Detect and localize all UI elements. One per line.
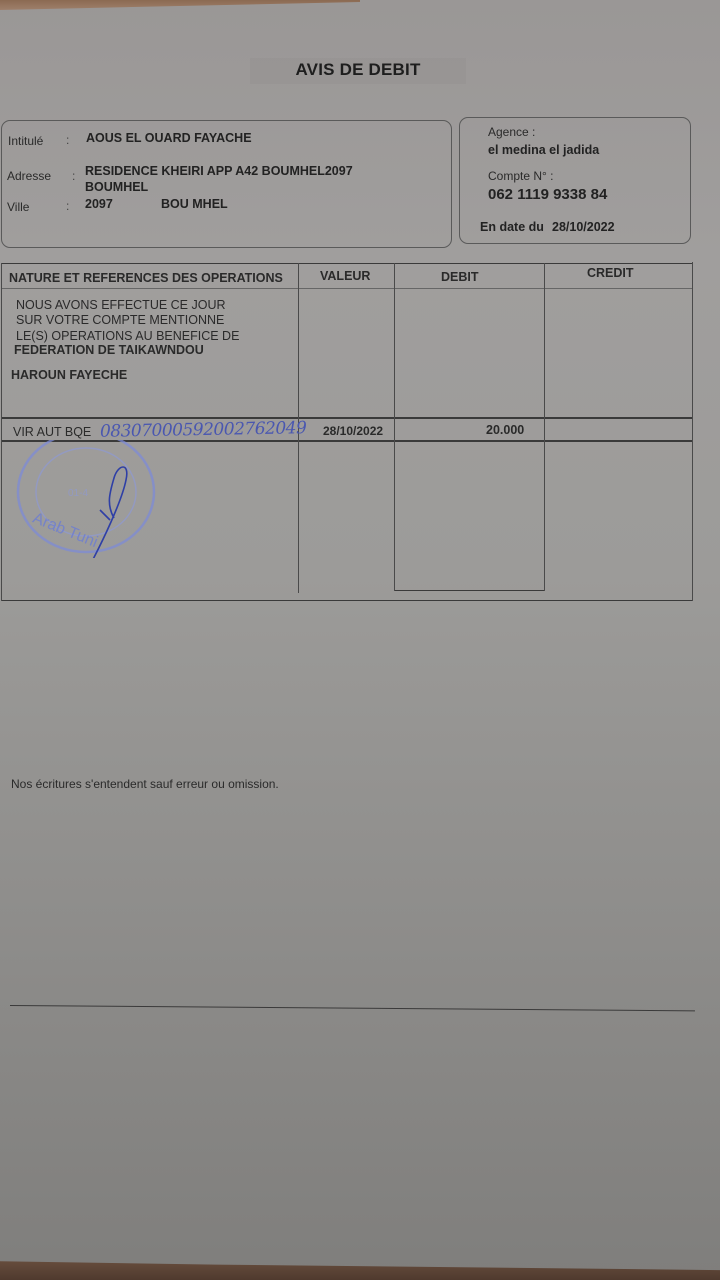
ville-label: Ville (7, 200, 29, 214)
header-nature: NATURE ET REFERENCES DES OPERATIONS (9, 271, 283, 285)
adresse-label: Adresse (7, 169, 51, 183)
header-debit: DEBIT (441, 270, 479, 284)
operation-debit: 20.000 (486, 423, 524, 438)
table-top-border (1, 263, 693, 264)
description-line-1: NOUS AVONS EFFECTUE CE JOUR (16, 298, 226, 313)
col-line-2 (394, 263, 395, 591)
signature-line (10, 1005, 695, 1011)
beneficiary-line: FEDERATION DE TAIKAWNDOU (14, 343, 204, 358)
agence-value: el medina el jadida (488, 143, 599, 157)
ville-colon: : (66, 199, 69, 213)
header-bottom-border (1, 288, 693, 289)
description-line-3: LE(S) OPERATIONS AU BENEFICE DE (16, 329, 239, 344)
beneficiary-name: HAROUN FAYECHE (11, 368, 127, 383)
intitule-value: AOUS EL OUARD FAYACHE (86, 131, 252, 145)
adresse-line2: BOUMHEL (85, 180, 148, 194)
header-credit: CREDIT (587, 266, 634, 280)
desk-surface-top (0, 0, 360, 10)
footer-disclaimer: Nos écritures s'entendent sauf erreur ou… (11, 777, 279, 791)
svg-text:01-4: 01-4 (68, 488, 88, 499)
document-title: AVIS DE DEBIT (250, 60, 466, 80)
table-bottom-border (1, 600, 693, 601)
ville-name: BOU MHEL (161, 197, 228, 211)
col-line-3 (544, 263, 545, 591)
handwritten-reference: 08307000592002762049 (100, 418, 307, 442)
intitule-label: Intitulé (8, 134, 43, 148)
operation-label: VIR AUT BQE (13, 425, 91, 440)
intitule-colon: : (66, 133, 69, 147)
adresse-colon: : (72, 169, 75, 183)
date-label: En date du (480, 220, 544, 234)
desk-surface-bottom (0, 1258, 720, 1280)
header-valeur: VALEUR (320, 269, 370, 283)
compte-value: 062 1119 9338 84 (488, 186, 607, 203)
ville-code: 2097 (85, 197, 113, 211)
col-line-4 (692, 262, 693, 601)
stamp-text: Arab Tuni (30, 510, 100, 551)
agence-label: Agence : (488, 125, 535, 139)
row-top-border (1, 417, 693, 419)
bank-stamp: Arab Tuni 01-4 (14, 440, 156, 558)
debit-inner-bottom (395, 590, 545, 591)
description-line-2: SUR VOTRE COMPTE MENTIONNE (16, 313, 224, 328)
date-value: 28/10/2022 (552, 220, 615, 234)
col-line-0 (1, 263, 2, 601)
operation-valeur: 28/10/2022 (323, 424, 383, 439)
compte-label: Compte N° : (488, 169, 553, 183)
adresse-line1: RESIDENCE KHEIRI APP A42 BOUMHEL2097 (85, 164, 353, 178)
stamp-seal-icon: Arab Tuni 01-4 (14, 440, 156, 558)
